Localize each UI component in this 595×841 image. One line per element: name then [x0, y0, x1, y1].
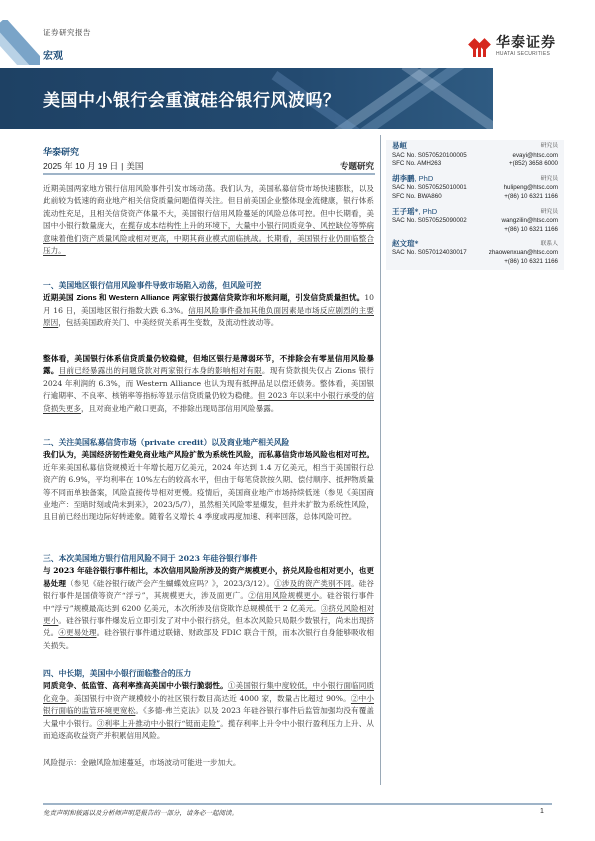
section-heading: 四、中长期，美国中小银行面临整合的压力	[43, 668, 374, 680]
section-3: 三、本次美国地方银行信用风险不同于 2023 年硅谷银行事件 与 2023 年硅…	[43, 553, 374, 652]
analyst-sac: SAC No. S0570525010001	[392, 184, 467, 193]
dateline: 2025 年 10 月 19 日|美国	[43, 160, 143, 172]
category-label: 宏观	[43, 47, 63, 62]
analyst-name: 胡李鹏	[392, 174, 415, 183]
logo-english-name: HUATAI SECURITIES	[496, 51, 556, 57]
huatai-logo: 华泰证券 HUATAI SECURITIES	[470, 36, 556, 57]
analyst-name: 易峘	[392, 141, 407, 150]
analyst-role: 研究员	[541, 175, 558, 185]
analyst-panel: 易峘研究员 SAC No. S0570520100005evayi@htsc.c…	[386, 140, 564, 270]
report-type: 专题研究	[310, 160, 374, 172]
analyst-card: 赵文瑄*联系人 SAC No. S0570124030017zhaowenxua…	[392, 240, 558, 266]
doc-type-label: 证券研究报告	[43, 27, 91, 38]
research-org: 华泰研究	[43, 145, 79, 158]
analyst-card: 胡李鹏, PhD研究员 SAC No. S0570525010001hulipe…	[392, 175, 558, 202]
summary-paragraph: 近期美国两家地方银行信用风险事件引发市场动荡。我们认为，美国私募信贷市场快速膨胀…	[43, 183, 374, 257]
report-title: 美国中小银行会重演硅谷银行风波吗？	[43, 86, 341, 111]
analyst-sfc: SFC No. AMH263	[392, 160, 441, 169]
analyst-role: 研究员	[541, 208, 558, 218]
analyst-email[interactable]: hulipeng@htsc.com	[504, 184, 558, 193]
section-2: 二、关注美国私募信贷市场（private credit）以及商业地产相关风险 我…	[43, 437, 374, 524]
analyst-phone: +(86) 10 6321 1166	[504, 226, 558, 235]
analyst-sfc: SFC No. BWA860	[392, 193, 442, 202]
analyst-email[interactable]: evayi@htsc.com	[513, 152, 558, 161]
page-number: 1	[540, 808, 544, 815]
footer-disclaimer: 免责声明和披露以及分析师声明是报告的一部分，请务必一起阅读。	[43, 808, 238, 817]
section-heading: 一、美国地区银行信用风险事件导致市场陷入动荡，但风险可控	[43, 280, 374, 292]
analyst-email[interactable]: wangzilin@htsc.com	[502, 217, 559, 226]
section-heading: 三、本次美国地方银行信用风险不同于 2023 年硅谷银行事件	[43, 553, 374, 565]
divider	[43, 173, 375, 175]
corner-decoration	[0, 20, 40, 65]
risk-warning: 风险提示：金融风险加速蔓延，市场波动可能进一步加大。	[43, 757, 374, 769]
analyst-role: 联系人	[541, 240, 558, 249]
report-region: 美国	[126, 162, 143, 172]
column-divider	[380, 135, 381, 785]
footer-divider	[43, 803, 552, 805]
analyst-phone: +(86) 10 6321 1166	[504, 193, 558, 202]
analyst-card: 易峘研究员 SAC No. S0570520100005evayi@htsc.c…	[392, 142, 558, 169]
analyst-sac: SAC No. S0570124030017	[392, 249, 467, 258]
analyst-phone: +(86) 10 6321 1166	[504, 258, 558, 267]
analyst-card: 王子瑶*, PhD研究员 SAC No. S0570525090002wangz…	[392, 208, 558, 235]
analyst-name: 赵文瑄*	[392, 240, 418, 249]
section-heading: 二、关注美国私募信贷市场（private credit）以及商业地产相关风险	[43, 437, 374, 449]
title-banner: 美国中小银行会重演硅谷银行风波吗？	[0, 68, 493, 129]
analyst-sac: SAC No. S0570520100005	[392, 152, 467, 161]
section-4: 四、中长期，美国中小银行面临整合的压力 同质竞争、低监管、高利率推高美国中小银行…	[43, 668, 374, 742]
report-date: 2025 年 10 月 19 日	[43, 161, 118, 171]
analyst-sac: SAC No. S0570525090002	[392, 217, 467, 226]
section-1-paragraph-2: 整体看，美国银行体系信贷质量仍较稳健，但地区银行是薄弱环节，不排除会有零星信用风…	[43, 353, 374, 415]
analyst-email[interactable]: zhaowenxuan@htsc.com	[489, 249, 558, 258]
analyst-role: 研究员	[541, 142, 558, 152]
analyst-name: 王子瑶*	[392, 207, 418, 216]
huatai-logo-icon	[470, 37, 490, 57]
section-1: 一、美国地区银行信用风险事件导致市场陷入动荡，但风险可控 近期美国 Zions …	[43, 280, 374, 330]
analyst-phone: +(852) 3658 6000	[509, 160, 558, 169]
logo-chinese-name: 华泰证券	[496, 36, 556, 51]
